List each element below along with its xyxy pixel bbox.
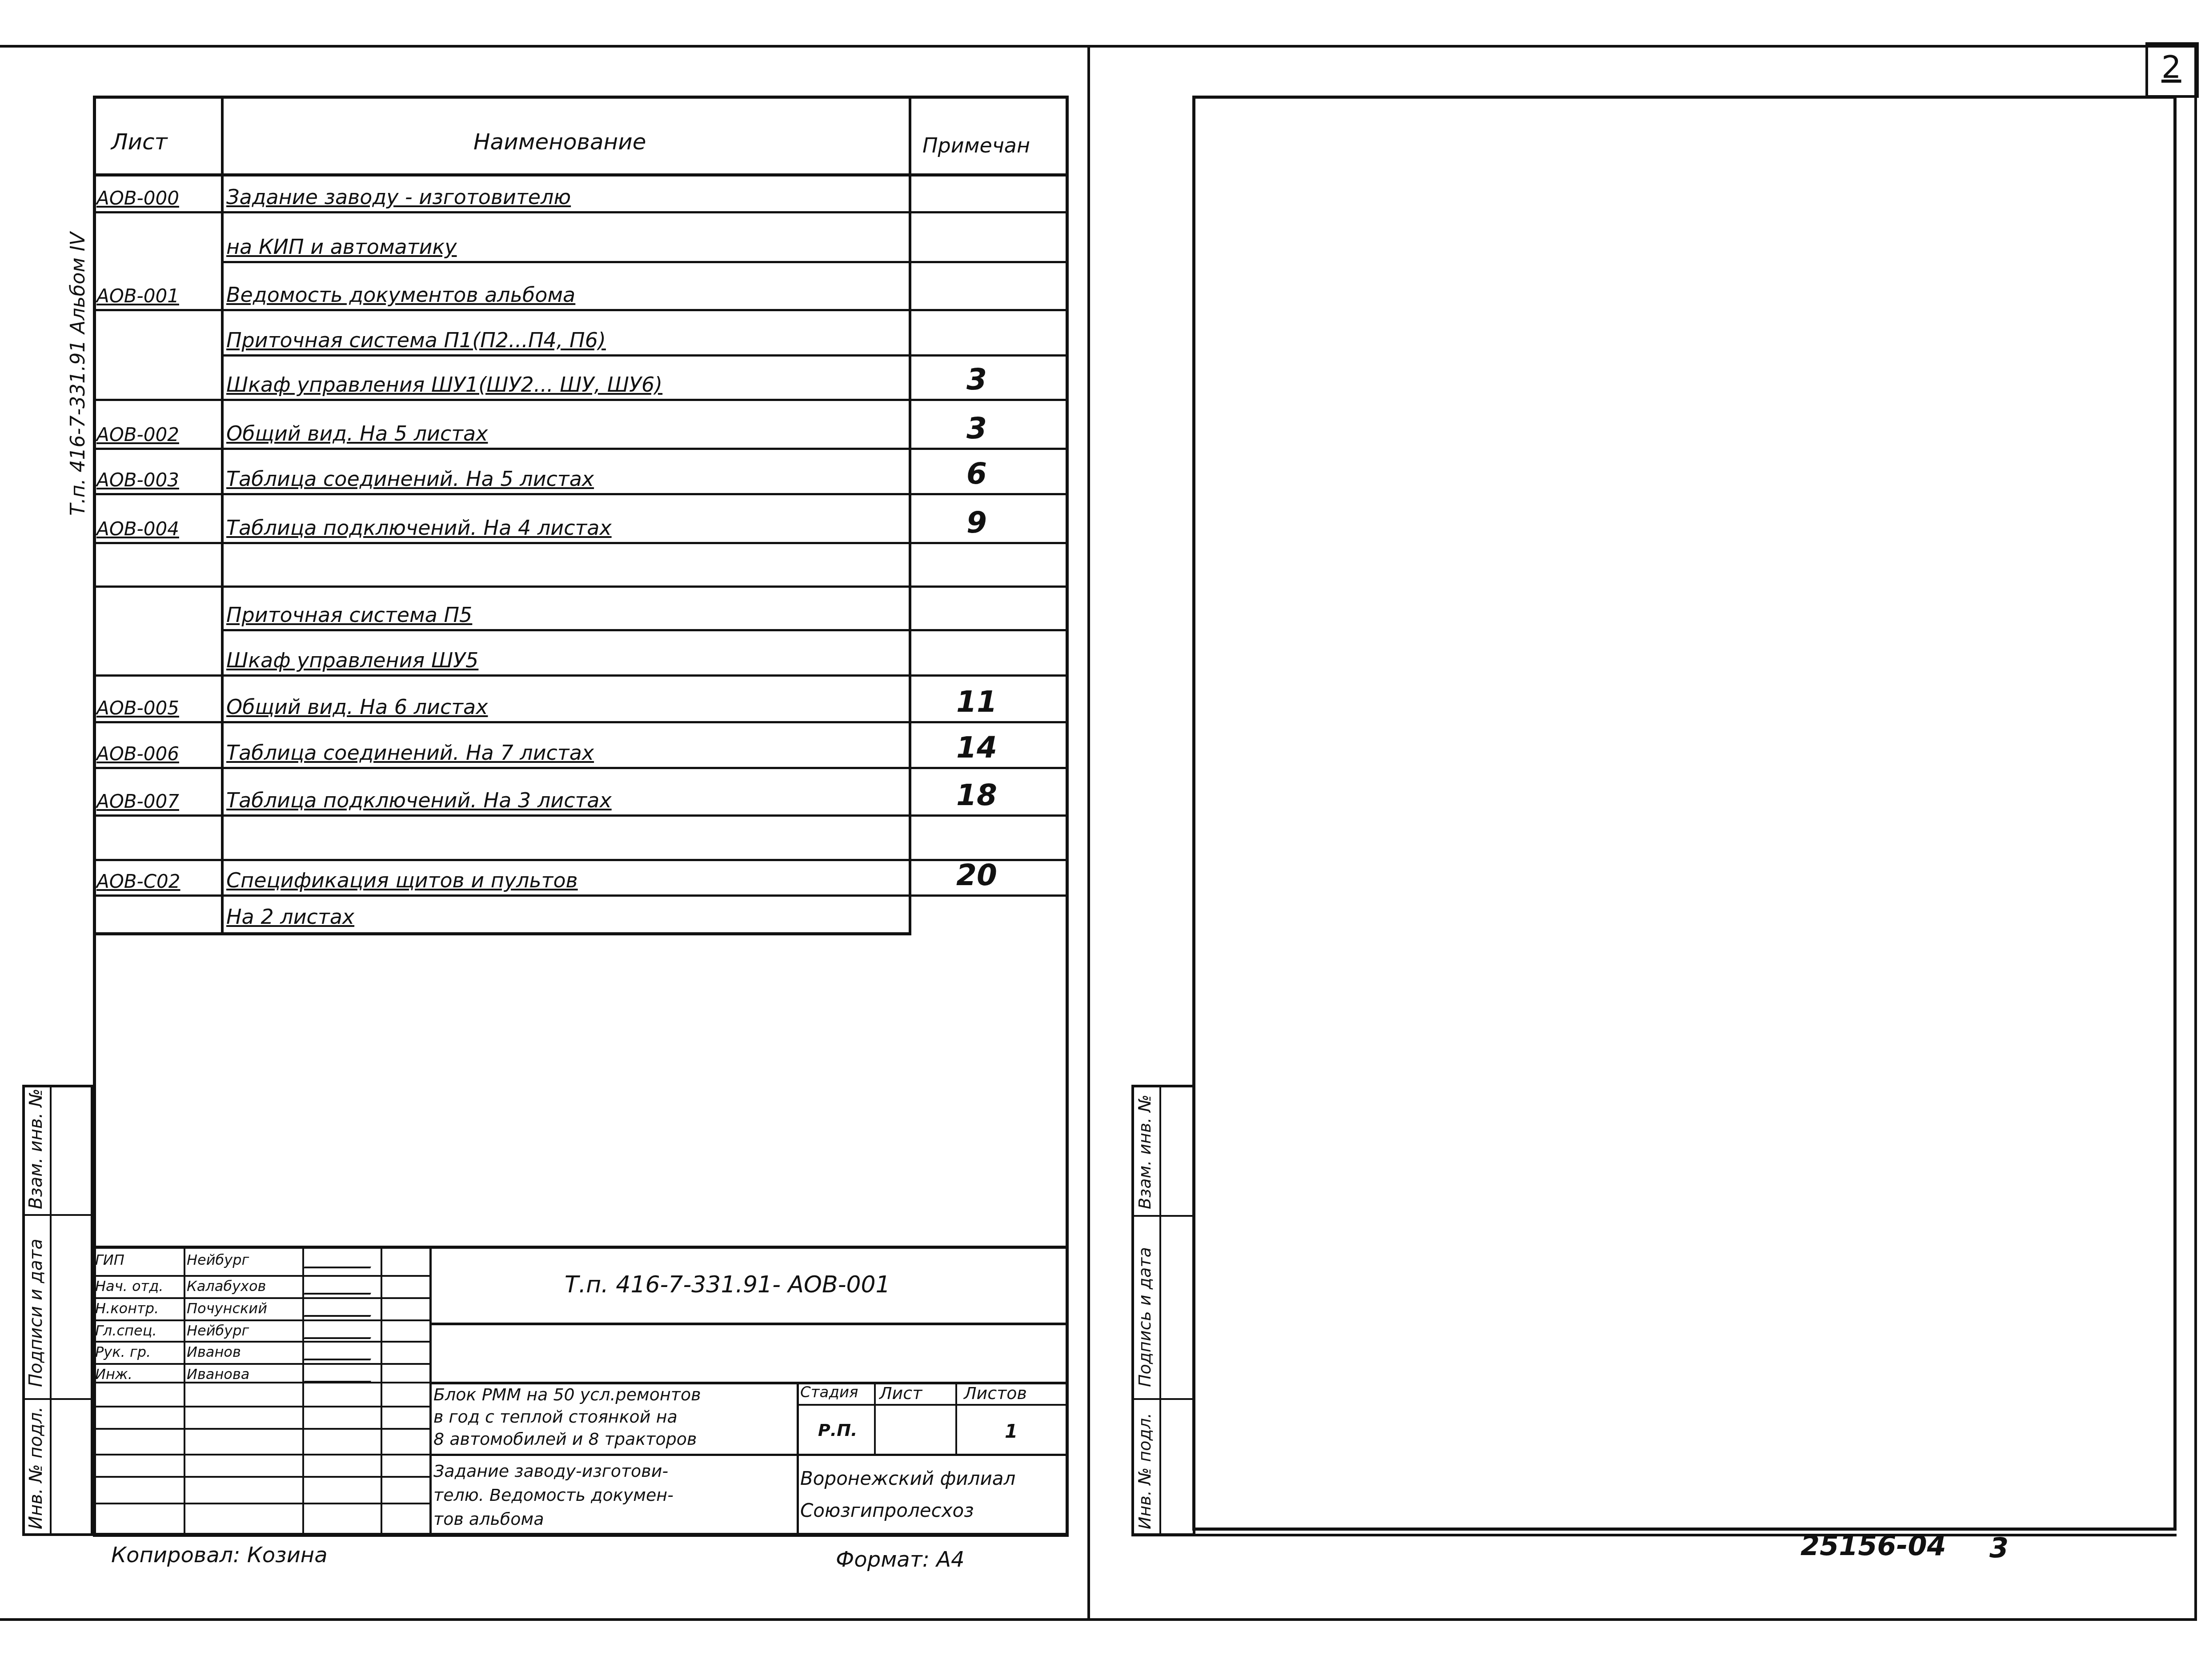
sign-row-divider [93, 1428, 429, 1430]
text-line: Задание заводу-изготови- [433, 1459, 674, 1483]
row-name: Спецификация щитов и пультов [226, 868, 578, 892]
table-row: АОВ-С02Спецификация щитов и пультов20 [93, 860, 1069, 896]
text-line: Блок РММ на 50 усл.ремонтов [433, 1383, 701, 1406]
text-line: телю. Ведомость докумен- [433, 1483, 674, 1507]
organization: Воронежский филиалСоюзгипролесхоз [800, 1463, 1015, 1527]
row-sheet: АОВ-002 [96, 424, 179, 445]
row-name: Задание заводу - изготовителю [226, 185, 571, 209]
sign-row-divider [93, 1297, 429, 1299]
table-row [93, 816, 1069, 860]
row-sheet: АОВ-003 [96, 469, 179, 491]
row-note: 3 [919, 362, 1034, 397]
row-name: Общий вид. На 5 листах [226, 421, 488, 445]
spine-label: Т.п. 416-7-331.91 Альбом IV [67, 232, 89, 516]
row-name: На 2 листах [226, 905, 354, 929]
table-row: АОВ-002Общий вид. На 5 листах3 [93, 400, 1069, 449]
row-name: Таблица соединений. На 7 листах [226, 741, 594, 765]
header-note: Примечан [922, 133, 1030, 157]
signature-icon [304, 1347, 377, 1360]
sign-row-divider [93, 1319, 429, 1321]
row-note: 6 [919, 457, 1034, 491]
table-row: АОВ-006Таблица соединений. На 7 листах14 [93, 722, 1069, 768]
sign-row-divider [93, 1406, 429, 1407]
row-name: Приточная система П1(П2...П4, П6) [226, 328, 606, 352]
row-sheet: АОВ-007 [96, 790, 179, 812]
signatory-name: Калабухов [187, 1278, 266, 1295]
signatory-name: Нейбург [187, 1251, 249, 1268]
header-divider [93, 173, 1069, 176]
header-sheet: Лист [111, 129, 168, 155]
row-note: 3 [919, 411, 1034, 445]
table-row: АОВ-001Ведомость документов альбома [93, 262, 1069, 310]
signatory-role: Гл.спец. [95, 1322, 157, 1339]
table-row: Приточная система П1(П2...П4, П6) [93, 310, 1069, 356]
stage-label: Стадия [800, 1383, 858, 1401]
stage-value: Р.П. [818, 1420, 858, 1440]
stamp-label-signature: Подписи и дата [26, 1239, 46, 1387]
row-sheet: АОВ-С02 [96, 870, 180, 892]
stamp-label-inventory-right: Инв. № подл. [1135, 1413, 1155, 1529]
text-line: в год с теплой стоянкой на [433, 1406, 701, 1428]
object-name: Блок РММ на 50 усл.ремонтовв год с тепло… [433, 1383, 701, 1450]
signature-icon [304, 1303, 377, 1317]
sign-row-divider [93, 1476, 429, 1478]
sign-row-divider [93, 1382, 429, 1383]
signatory-role: Нач. отд. [95, 1278, 163, 1295]
page-divider [1087, 45, 1090, 1621]
signatory-name: Иванова [187, 1366, 249, 1383]
row-note: 18 [919, 778, 1034, 812]
row-sheet: АОВ-006 [96, 743, 179, 765]
row-name: Таблица подключений. На 4 листах [226, 516, 612, 540]
signatory-role: ГИП [95, 1251, 124, 1268]
drawing-frame [1192, 96, 2177, 1531]
signature-icon [304, 1281, 377, 1295]
sheets-value: 1 [1005, 1420, 1018, 1442]
sheets-label: Листов [964, 1383, 1027, 1403]
row-sheet: АОВ-001 [96, 285, 179, 307]
table-row: АОВ-004Таблица подключений. На 4 листах9 [93, 494, 1069, 543]
row-note: 14 [919, 730, 1034, 765]
row-name: Ведомость документов альбома [226, 283, 575, 307]
sign-row-divider [93, 1503, 429, 1504]
table-row: АОВ-005Общий вид. На 6 листах11 [93, 676, 1069, 722]
row-sheet: АОВ-004 [96, 518, 179, 540]
table-row: На 2 листах [93, 896, 1069, 932]
designation: Т.п. 416-7-331.91- АОВ-001 [565, 1271, 890, 1298]
signature-icon [304, 1326, 377, 1339]
text-line: тов альбома [433, 1507, 674, 1531]
stamp-label-inventory: Инв. № подл. [26, 1407, 46, 1529]
table-bottom [93, 932, 911, 935]
signatory-name: Почунский [187, 1300, 267, 1317]
table-row: АОВ-003Таблица соединений. На 5 листах6 [93, 449, 1069, 494]
stamp-label-replacement: Взам. инв. № [26, 1088, 46, 1209]
signatory-role: Н.контр. [95, 1300, 159, 1317]
row-name: Общий вид. На 6 листах [226, 695, 488, 719]
signature-icon [304, 1369, 377, 1383]
signature-icon [304, 1255, 377, 1268]
text-line: Воронежский филиал [800, 1463, 1015, 1495]
signatory-role: Инж. [95, 1366, 132, 1383]
header-name: Наименование [473, 129, 646, 155]
row-name: Приточная система П5 [226, 603, 472, 627]
sign-row-divider [93, 1454, 429, 1455]
row-note: 20 [919, 858, 1034, 892]
row-note: 9 [919, 505, 1034, 540]
sign-row-divider [93, 1341, 429, 1343]
format: Формат: А4 [836, 1547, 965, 1572]
page-bottom-border [0, 1618, 1090, 1621]
archive-number: 25156-04 [1800, 1529, 1946, 1562]
table-row: Шкаф управления ШУ5 [93, 630, 1069, 676]
signatory-name: Нейбург [187, 1322, 249, 1339]
row-note: 11 [919, 685, 1034, 719]
stamp-label-signature-right: Подпись и дата [1135, 1247, 1155, 1387]
row-name: на КИП и автоматику [226, 235, 457, 259]
signatory-role: Рук. гр. [95, 1343, 151, 1360]
table-row [93, 543, 1069, 587]
sheet-label: Лист [879, 1383, 922, 1403]
page-number: 3 [1989, 1532, 2009, 1564]
text-line: 8 автомобилей и 8 тракторов [433, 1428, 701, 1450]
sheet-marker: 2 [2161, 49, 2181, 85]
row-sheet: АОВ-005 [96, 697, 179, 719]
text-line: Союзгипролесхоз [800, 1495, 1015, 1527]
copied-by: Копировал: Козина [111, 1543, 328, 1568]
table-row: Шкаф управления ШУ1(ШУ2... ШУ, ШУ6)3 [93, 356, 1069, 400]
row-name: Таблица соединений. На 5 листах [226, 467, 594, 491]
sign-row-divider [93, 1275, 429, 1277]
document-name: Задание заводу-изготови-телю. Ведомость … [433, 1459, 674, 1531]
table-row: АОВ-000Задание заводу - изготовителю [93, 176, 1069, 213]
table-row: АОВ-007Таблица подключений. На 3 листах1… [93, 768, 1069, 816]
signatory-name: Иванов [187, 1343, 241, 1360]
table-row: на КИП и автоматику [93, 213, 1069, 262]
table-row: Приточная система П5 [93, 587, 1069, 630]
page-top-border [0, 45, 1090, 48]
stamp-label-replacement-right: Взам. инв. № [1135, 1095, 1155, 1209]
row-name: Таблица подключений. На 3 листах [226, 788, 612, 812]
sign-row-divider [93, 1363, 429, 1365]
row-name: Шкаф управления ШУ5 [226, 648, 478, 672]
row-name: Шкаф управления ШУ1(ШУ2... ШУ, ШУ6) [226, 373, 662, 397]
row-sheet: АОВ-000 [96, 187, 179, 209]
